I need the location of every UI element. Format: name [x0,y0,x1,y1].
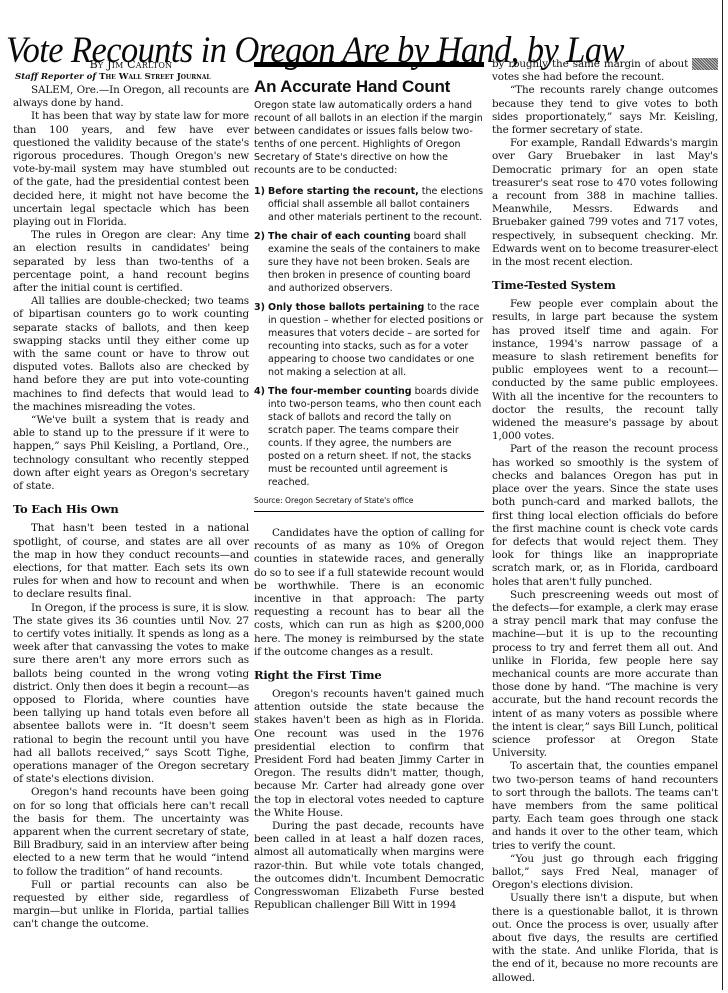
paragraph: Full or partial recounts can also be req… [13,879,249,932]
list-number: 1) [254,185,268,224]
list-lead: The chair of each counting [268,231,411,242]
sidebar-list-item: 4) The four-member counting boards divid… [254,385,484,489]
paragraph: SALEM, Ore.—In Oregon, all recounts are … [13,84,249,110]
column-rule [722,0,723,990]
byline-author: By Jim Carlton [13,58,249,72]
list-text: Only those ballots pertaining to the rac… [268,301,484,379]
subhead: Time-Tested System [492,278,718,293]
paragraph: “We've built a system that is ready and … [13,414,249,493]
byline-title-prefix: Staff Reporter of [15,72,96,82]
subhead: To Each His Own [13,502,249,517]
continued-text: by roughly the same margin of about [492,58,688,70]
paragraph: Oregon's recounts haven't gained much at… [254,688,484,820]
continued-text: votes she had before the recount. [492,71,664,83]
paragraph: To ascertain that, the counties empanel … [492,760,718,852]
column-1: By Jim Carlton Staff Reporter of The Wal… [13,58,249,932]
list-text: The chair of each counting board shall e… [268,230,484,295]
list-text: Before starting the recount, the electio… [268,185,484,224]
sidebar-source: Source: Oregon Secretary of State's offi… [254,495,484,506]
publication-name: The Wall Street Journal [99,72,211,82]
paragraph: Few people ever complain about the resul… [492,298,718,443]
sidebar-title: An Accurate Hand Count [254,77,484,97]
paragraph: “The recounts rarely change outcomes bec… [492,84,718,137]
paragraph: Candidates have the option of calling fo… [254,527,484,659]
paragraph: During the past decade, recounts have be… [254,820,484,912]
illegible-number: ### [692,58,718,70]
paragraph: The rules in Oregon are clear: Any time … [13,229,249,295]
paragraph: Part of the reason the recount process h… [492,443,718,588]
paragraph: For example, Randall Edwards's margin ov… [492,137,718,269]
column-3: by roughly the same margin of about ### … [492,58,718,985]
sidebar-list-item: 2) The chair of each counting board shal… [254,230,484,295]
column-2: An Accurate Hand Count Oregon state law … [254,62,484,912]
paragraph: Such prescreening weeds out most of the … [492,589,718,761]
paragraph: In Oregon, if the process is sure, it is… [13,602,249,787]
paragraph: Usually there isn't a dispute, but when … [492,892,718,984]
paragraph: Oregon's hand recounts have been going o… [13,786,249,878]
list-number: 2) [254,230,268,295]
list-number: 3) [254,301,268,379]
paragraph: That hasn't been tested in a national sp… [13,522,249,601]
sidebar-list-item: 3) Only those ballots pertaining to the … [254,301,484,379]
list-number: 4) [254,385,268,489]
continued-paragraph: by roughly the same margin of about ### … [492,58,718,84]
list-text: The four-member counting boards divide i… [268,385,484,489]
sidebar-list-item: 1) Before starting the recount, the elec… [254,185,484,224]
list-lead: The four-member counting [268,386,412,397]
subhead: Right the First Time [254,668,484,683]
sidebar-box: An Accurate Hand Count Oregon state law … [254,62,484,512]
list-lead: Only those ballots pertaining [268,302,424,313]
list-body: boards divide into two-person teams, who… [268,386,481,488]
sidebar-intro: Oregon state law automatically orders a … [254,99,484,177]
byline-title: Staff Reporter of The Wall Street Journa… [15,72,249,83]
paragraph: All tallies are double-checked; two team… [13,295,249,414]
list-body: to the race in question – whether for el… [268,302,483,378]
paragraph: It has been that way by state law for mo… [13,110,249,229]
paragraph: “You just go through each frigging ballo… [492,853,718,893]
list-lead: Before starting the recount, [268,186,419,197]
